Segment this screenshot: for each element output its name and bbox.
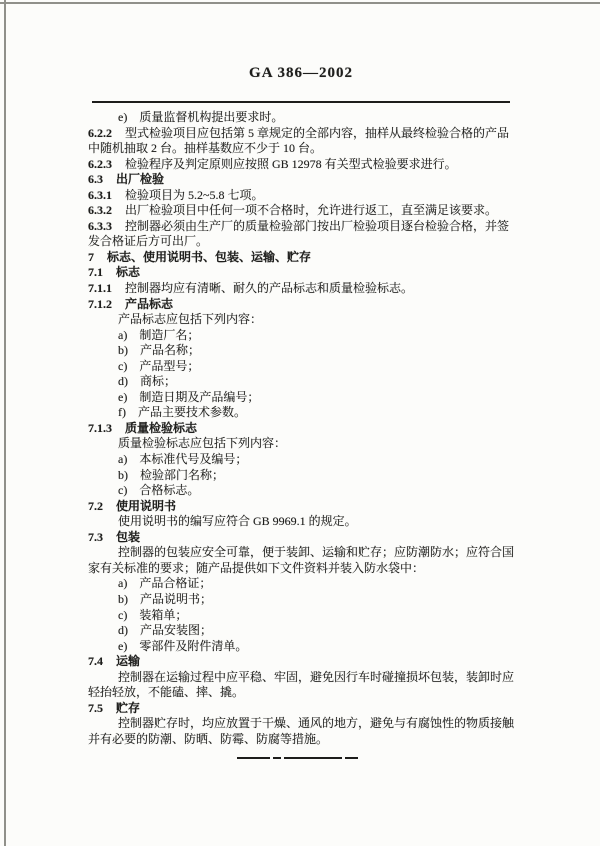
item-label: a) (118, 576, 127, 590)
item-label: e) (118, 110, 127, 124)
heading-line: 7.1.2产品标志 (88, 297, 524, 313)
scanned-document-page: GA 386—2002 e)质量监督机构提出要求时。 6.2.2型式检验项目应包… (0, 0, 600, 846)
list-item-line: d)产品安装图； (88, 623, 524, 639)
clause-text: 检验项目为 5.2~5.8 七项。 (125, 188, 264, 202)
clause-number: 6.3.1 (88, 188, 112, 202)
heading-line: 7.5贮存 (88, 701, 524, 717)
clause-number: 7.1.2 (88, 297, 112, 311)
clause-number: 6.3 (88, 172, 103, 186)
list-item-line: b)产品名称； (88, 343, 524, 359)
continuation-text: 发合格证后方可出厂。 (88, 234, 208, 248)
clause-number: 7 (88, 250, 94, 264)
heading-line: 7.1标志 (88, 265, 524, 281)
item-label: b) (118, 343, 128, 357)
item-text: 制造日期及产品编号； (139, 390, 259, 404)
continuation-line: 发合格证后方可出厂。 (88, 234, 524, 250)
heading-line: 7.2使用说明书 (88, 499, 524, 515)
heading-text: 质量检验标志 (125, 421, 197, 435)
clause-line: 6.2.3检验程序及判定原则应按照 GB 12978 有关型式检验要求进行。 (88, 157, 524, 173)
item-text: 产品合格证； (139, 576, 211, 590)
paragraph-line: 产品标志应包括下列内容： (88, 312, 524, 328)
item-text: 装箱单； (139, 608, 187, 622)
paragraph-text: 控制器在运输过程中应平稳、牢固，避免因行车时碰撞损坏包装，装卸时应 (118, 670, 514, 684)
item-text: 本标准代号及编号； (139, 452, 247, 466)
item-text: 产品安装图； (140, 623, 212, 637)
paragraph-line: 控制器的包装应安全可靠，便于装卸、运输和贮存；应防潮防水；应符合国 (88, 545, 524, 561)
list-item-line: c)装箱单； (88, 608, 524, 624)
item-text: 检验部门名称； (140, 468, 224, 482)
continuation-line: 轻抬轻放，不能磕、摔、撬。 (88, 685, 524, 701)
heading-text: 使用说明书 (116, 499, 176, 513)
clause-number: 6.3.3 (88, 219, 112, 233)
item-label: c) (118, 359, 127, 373)
list-item-line: a)产品合格证； (88, 576, 524, 592)
item-text: 零部件及附件清单。 (139, 639, 247, 653)
clause-number: 7.1.3 (88, 421, 112, 435)
continuation-line: 家有关标准的要求；随产品提供如下文件资料并装入防水袋中： (88, 561, 524, 577)
clause-line: 6.3.2出厂检验项目中任何一项不合格时，允许进行返工，直至满足该要求。 (88, 203, 524, 219)
heading-text: 包装 (116, 530, 140, 544)
clause-number: 7.1 (88, 265, 103, 279)
list-item-line: e)制造日期及产品编号； (88, 390, 524, 406)
scan-edge-left (4, 0, 6, 846)
heading-line: 7.1.3质量检验标志 (88, 421, 524, 437)
item-text: 产品名称； (140, 343, 200, 357)
clause-line: 6.3.3控制器必须由生产厂的质量检验部门按出厂检验项目逐台检验合格，并签 (88, 219, 524, 235)
item-label: a) (118, 328, 127, 342)
continuation-line: 并有必要的防潮、防晒、防霉、防腐等措施。 (88, 732, 524, 748)
list-item-line: a)本标准代号及编号； (88, 452, 524, 468)
list-item-line: e)质量监督机构提出要求时。 (88, 110, 524, 126)
clause-number: 7.1.1 (88, 281, 112, 295)
list-item-line: a)制造厂名； (88, 328, 524, 344)
clause-text: 控制器必须由生产厂的质量检验部门按出厂检验项目逐台检验合格，并签 (125, 219, 509, 233)
heading-line: 7标志、使用说明书、包装、运输、贮存 (88, 250, 524, 266)
end-mark-dash (237, 757, 270, 759)
item-label: c) (118, 483, 127, 497)
scan-edge-top (0, 2, 600, 4)
header-rule (92, 101, 510, 103)
continuation-text: 并有必要的防潮、防晒、防霉、防腐等措施。 (88, 732, 328, 746)
item-text: 制造厂名； (139, 328, 199, 342)
continuation-text: 轻抬轻放，不能磕、摔、撬。 (88, 685, 244, 699)
continuation-text: 家有关标准的要求；随产品提供如下文件资料并装入防水袋中： (88, 561, 424, 575)
clause-text: 型式检验项目应包括第 5 章规定的全部内容，抽样从最终检验合格的产品 (125, 126, 509, 140)
clause-line: 6.3.1检验项目为 5.2~5.8 七项。 (88, 188, 524, 204)
list-item-line: c)产品型号； (88, 359, 524, 375)
end-mark-dash (273, 757, 281, 759)
list-item-line: d)商标； (88, 374, 524, 390)
item-label: c) (118, 608, 127, 622)
heading-line: 7.4运输 (88, 654, 524, 670)
item-label: e) (118, 390, 127, 404)
list-item-line: f)产品主要技术参数。 (88, 405, 524, 421)
clause-number: 6.2.3 (88, 157, 112, 171)
paragraph-line: 质量检验标志应包括下列内容： (88, 436, 524, 452)
heading-text: 标志、使用说明书、包装、运输、贮存 (107, 250, 311, 264)
paragraph-text: 使用说明书的编写应符合 GB 9969.1 的规定。 (118, 514, 357, 528)
end-mark-dash (345, 757, 358, 759)
paragraph-text: 控制器的包装应安全可靠，便于装卸、运输和贮存；应防潮防水；应符合国 (118, 545, 514, 559)
item-text: 商标； (140, 374, 176, 388)
end-of-document-mark (237, 757, 361, 759)
paragraph-text: 产品标志应包括下列内容： (118, 312, 262, 326)
clause-number: 7.5 (88, 701, 103, 715)
item-text: 质量监督机构提出要求时。 (139, 110, 283, 124)
list-item-line: b)检验部门名称； (88, 468, 524, 484)
item-text: 产品型号； (139, 359, 199, 373)
clause-number: 7.2 (88, 499, 103, 513)
clause-number: 6.3.2 (88, 203, 112, 217)
item-text: 合格标志。 (139, 483, 199, 497)
clause-line: 7.1.1控制器均应有清晰、耐久的产品标志和质量检验标志。 (88, 281, 524, 297)
clause-number: 7.3 (88, 530, 103, 544)
item-label: f) (118, 405, 126, 419)
paragraph-line: 使用说明书的编写应符合 GB 9969.1 的规定。 (88, 514, 524, 530)
heading-line: 6.3出厂检验 (88, 172, 524, 188)
item-label: a) (118, 452, 127, 466)
item-text: 产品说明书； (140, 592, 212, 606)
clause-text: 检验程序及判定原则应按照 GB 12978 有关型式检验要求进行。 (125, 157, 457, 171)
clause-line: 6.2.2型式检验项目应包括第 5 章规定的全部内容，抽样从最终检验合格的产品 (88, 126, 524, 142)
end-mark-dash (284, 757, 342, 759)
item-text: 产品主要技术参数。 (138, 405, 246, 419)
heading-text: 贮存 (116, 701, 140, 715)
item-label: b) (118, 468, 128, 482)
document-body: e)质量监督机构提出要求时。 6.2.2型式检验项目应包括第 5 章规定的全部内… (88, 110, 524, 747)
paragraph-text: 控制器贮存时，均应放置于干燥、通风的地方，避免与有腐蚀性的物质接触 (118, 716, 514, 730)
list-item-line: c)合格标志。 (88, 483, 524, 499)
item-label: d) (118, 374, 128, 388)
item-label: e) (118, 639, 127, 653)
heading-text: 出厂检验 (116, 172, 164, 186)
clause-text: 控制器均应有清晰、耐久的产品标志和质量检验标志。 (125, 281, 413, 295)
heading-text: 运输 (116, 654, 140, 668)
heading-text: 标志 (116, 265, 140, 279)
paragraph-line: 控制器贮存时，均应放置于干燥、通风的地方，避免与有腐蚀性的物质接触 (88, 716, 524, 732)
clause-number: 7.4 (88, 654, 103, 668)
item-label: d) (118, 623, 128, 637)
continuation-line: 中随机抽取 2 台。抽样基数应不少于 10 台。 (88, 141, 524, 157)
item-label: b) (118, 592, 128, 606)
paragraph-text: 质量检验标志应包括下列内容： (118, 436, 286, 450)
paragraph-line: 控制器在运输过程中应平稳、牢固，避免因行车时碰撞损坏包装，装卸时应 (88, 670, 524, 686)
heading-line: 7.3包装 (88, 530, 524, 546)
list-item-line: e)零部件及附件清单。 (88, 639, 524, 655)
clause-text: 出厂检验项目中任何一项不合格时，允许进行返工，直至满足该要求。 (125, 203, 497, 217)
list-item-line: b)产品说明书； (88, 592, 524, 608)
clause-number: 6.2.2 (88, 126, 112, 140)
continuation-text: 中随机抽取 2 台。抽样基数应不少于 10 台。 (88, 141, 322, 155)
heading-text: 产品标志 (125, 297, 173, 311)
standard-number: GA 386—2002 (92, 65, 510, 82)
